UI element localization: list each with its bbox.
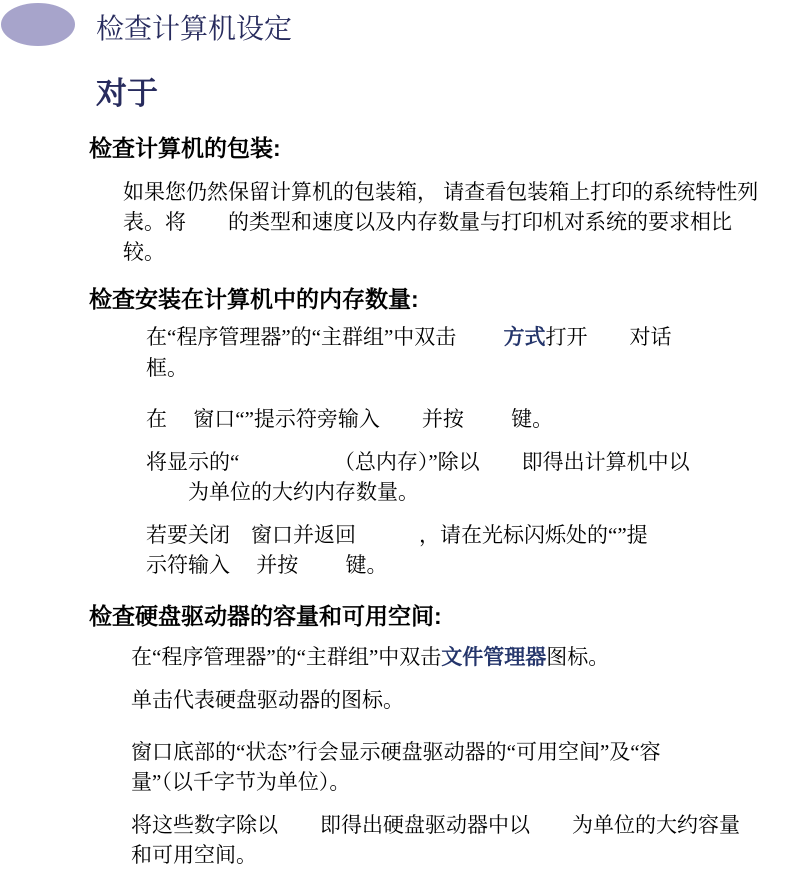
paragraph-text: 将显示的“ （总内存）”除以 即得出计算机中以 为单位的大约内存数量。 [146, 450, 690, 504]
step-paragraph-type-command: 在 窗口“”提示符旁输入 并按 键。 [146, 404, 811, 434]
step-paragraph-total-memory: 将显示的“ （总内存）”除以 即得出计算机中以 为单位的大约内存数量。 [146, 447, 811, 507]
paragraph-text: 在“程序管理器”的“主群组”中双击 [146, 325, 504, 349]
paragraph-text: 如果您仍然保留计算机的包装箱， 请查看包装箱上打印的系统特性列 表。将 的类型和… [123, 180, 758, 264]
step-paragraph-click-drive-icon: 单击代表硬盘驱动器的图标。 [131, 685, 803, 715]
paragraph-text: 若要关闭 窗口并返回 ，请在光标闪烁处的“”提 示符输入 并按 键。 [146, 523, 648, 577]
page-subtitle: 对于 [96, 74, 158, 114]
link-file-manager[interactable]: 文件管理器 [441, 646, 546, 669]
section-heading-check-memory: 检查安装在计算机中的内存数量: [89, 285, 419, 313]
link-dos-mode[interactable]: 方式 [504, 326, 546, 349]
paragraph-text: 在“程序管理器”的“主群组”中双击 [131, 645, 441, 669]
paragraph-text: 将这些数字除以 即得出硬盘驱动器中以 为单位的大约容量 和可用空间。 [131, 813, 740, 867]
step-paragraph-close-window: 若要关闭 窗口并返回 ，请在光标闪烁处的“”提 示符输入 并按 键。 [146, 520, 811, 580]
step-paragraph-divide-numbers: 将这些数字除以 即得出硬盘驱动器中以 为单位的大约容量 和可用空间。 [131, 810, 803, 870]
paragraph-packaging-body: 如果您仍然保留计算机的包装箱， 请查看包装箱上打印的系统特性列 表。将 的类型和… [123, 177, 795, 267]
step-paragraph-open-file-manager: 在“程序管理器”的“主群组”中双击文件管理器图标。 [131, 642, 803, 673]
step-paragraph-status-line: 窗口底部的“状态”行会显示硬盘驱动器的“可用空间”及“容 量”（以千字节为单位）… [131, 737, 803, 797]
page-title: 检查计算机设定 [96, 12, 292, 46]
section-heading-check-hard-drive: 检查硬盘驱动器的容量和可用空间: [89, 602, 442, 630]
step-paragraph-open-dos-prompt: 在“程序管理器”的“主群组”中双击 方式打开 对话 框。 [146, 322, 811, 383]
paragraph-text: 单击代表硬盘驱动器的图标。 [131, 688, 404, 712]
paragraph-text: 在 窗口“”提示符旁输入 并按 键。 [146, 407, 553, 431]
section-bullet-ellipse-icon [1, 3, 75, 46]
section-heading-check-packaging: 检查计算机的包装: [89, 134, 281, 162]
manual-page: 检查计算机设定 对于 检查计算机的包装: 如果您仍然保留计算机的包装箱， 请查看… [0, 0, 811, 873]
paragraph-text: 图标。 [546, 645, 609, 669]
paragraph-text: 窗口底部的“状态”行会显示硬盘驱动器的“可用空间”及“容 量”（以千字节为单位）… [131, 740, 661, 794]
